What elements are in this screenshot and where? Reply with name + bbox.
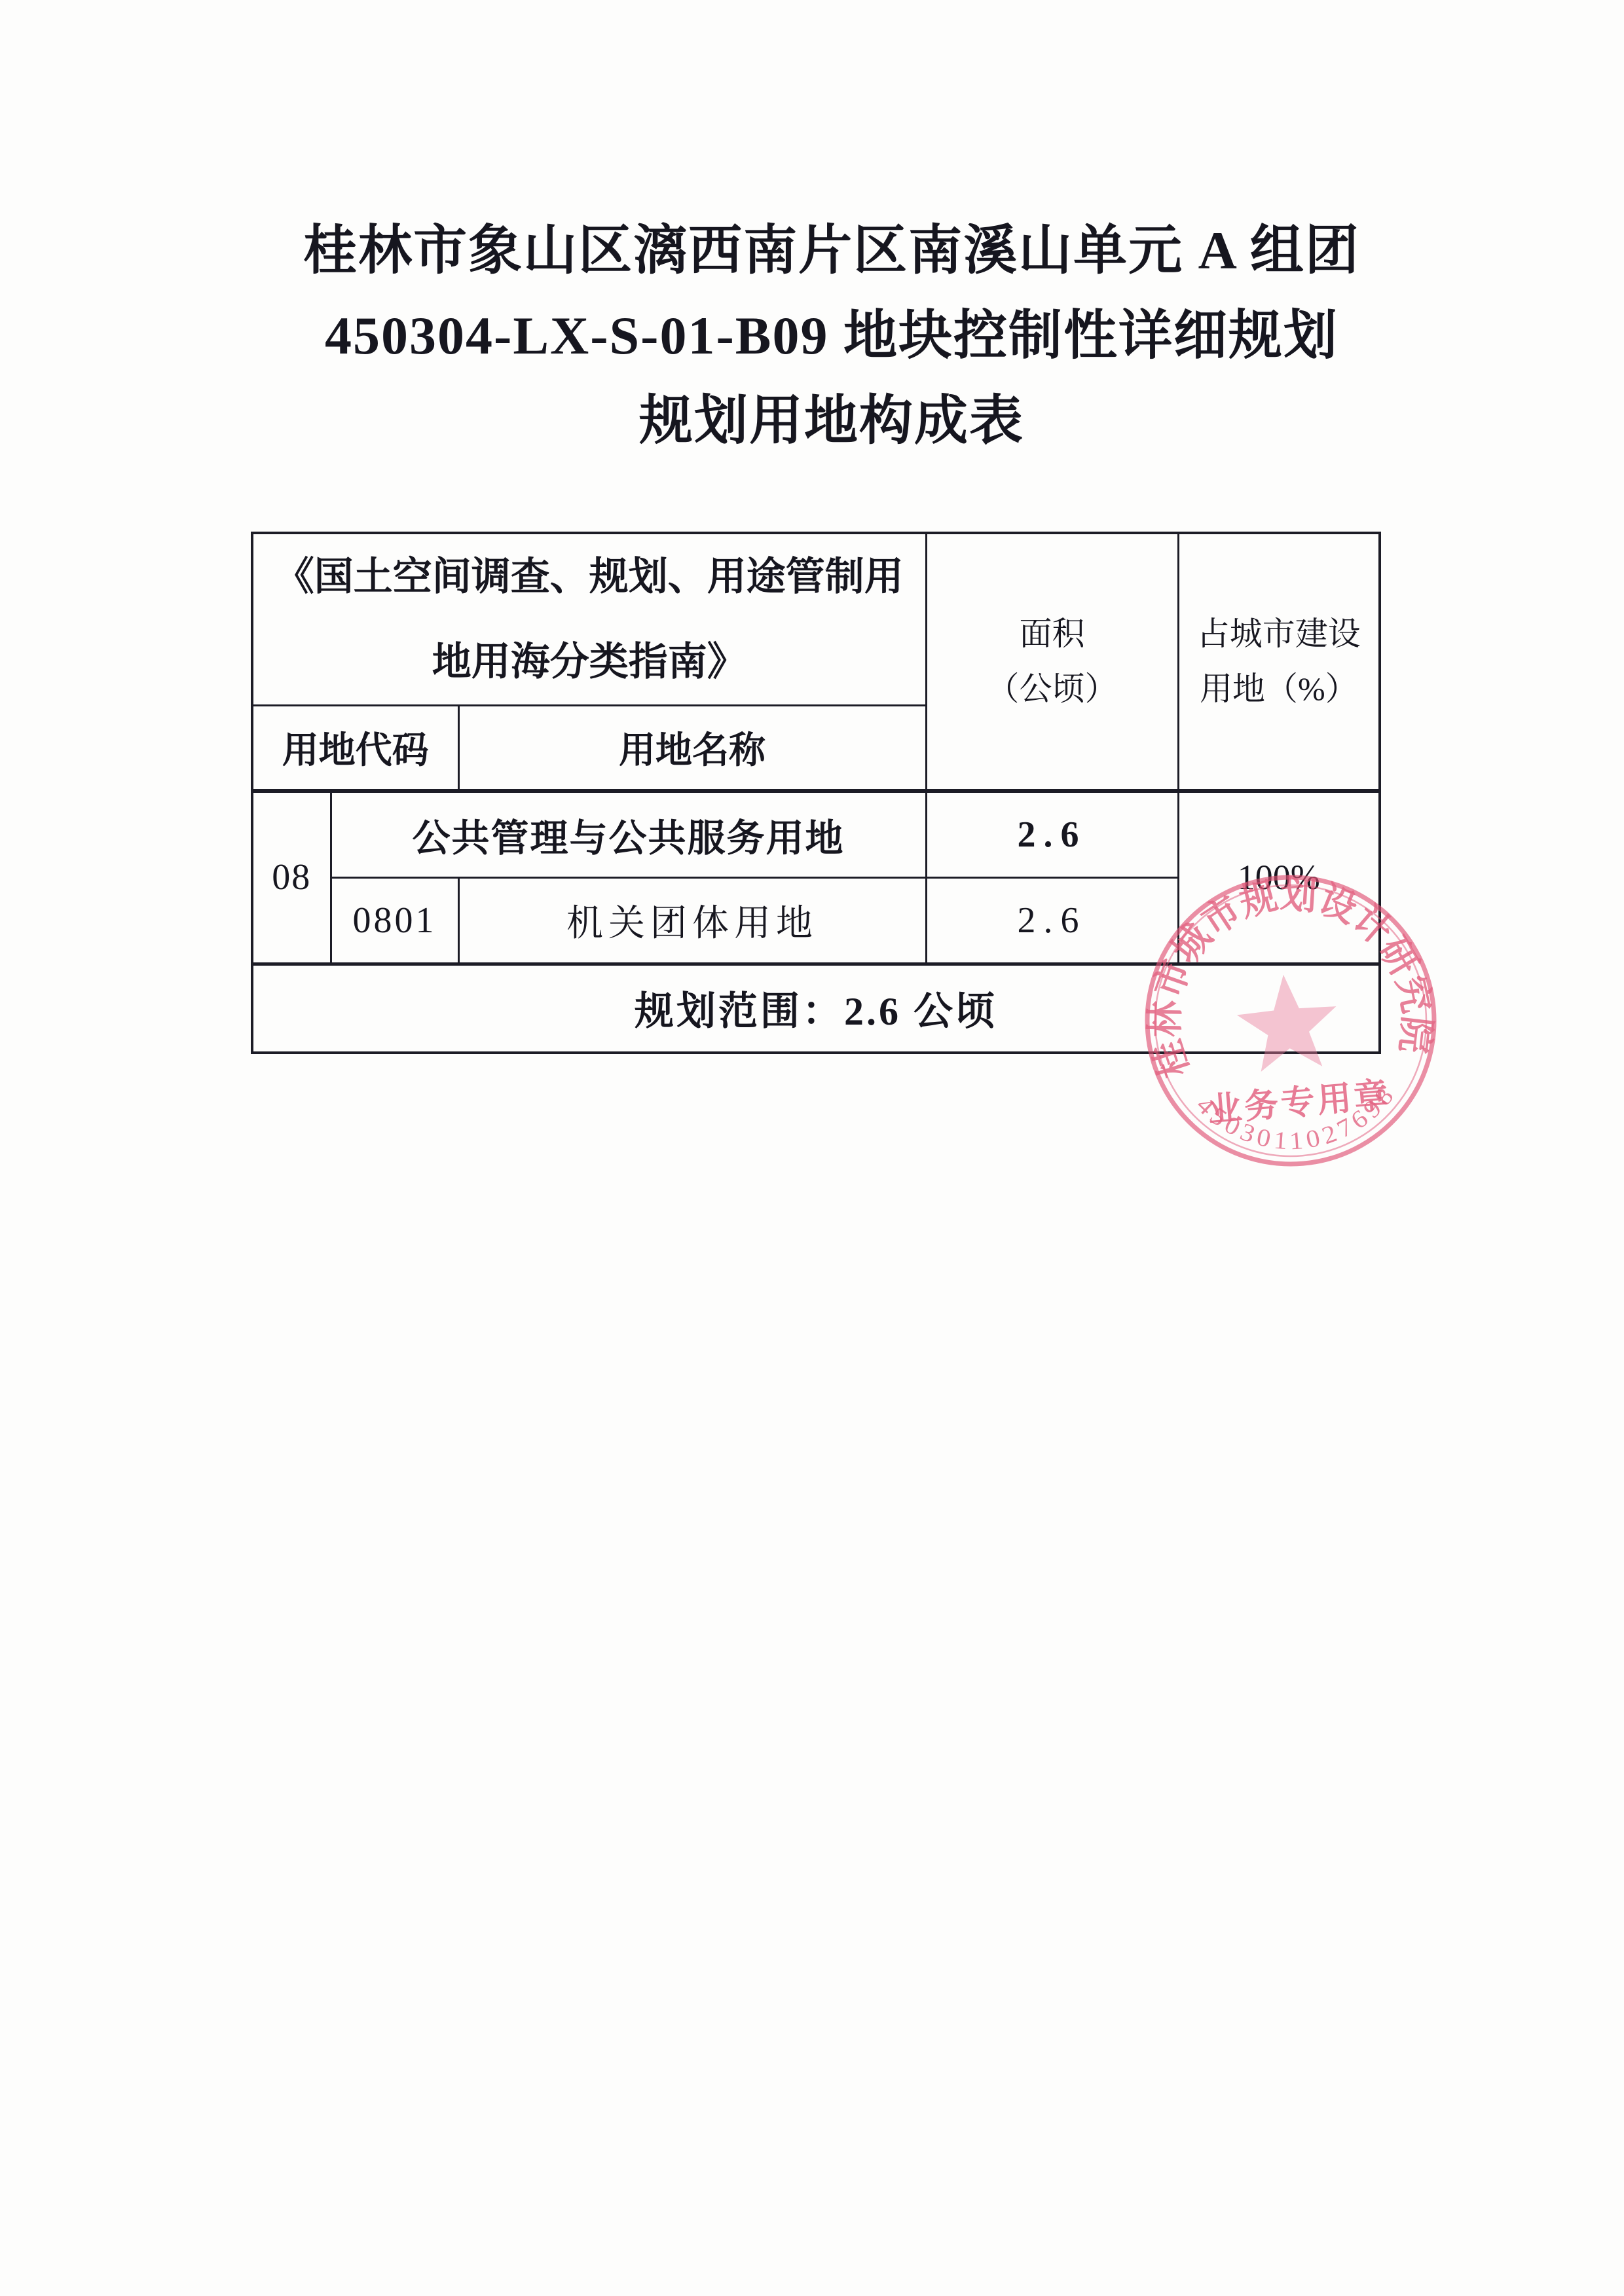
document-title-line-1: 桂林市象山区漓西南片区南溪山单元 A 组团	[39, 208, 1624, 293]
sub-name-cell: 机关团体用地	[458, 878, 926, 964]
guide-standard-header-cell: 《国土空间调查、规划、用途管制用 地用海分类指南》	[252, 533, 926, 706]
sub-area-cell: 2.6	[926, 878, 1178, 964]
name-header-cell: 用地名称	[458, 706, 926, 791]
table-row-category: 08 公共管理与公共服务用地 2.6 100%	[252, 791, 1380, 878]
sub-code-cell: 0801	[331, 878, 458, 964]
document-title-line-3: 规划用地构成表	[39, 378, 1624, 464]
seal-star-icon	[1234, 970, 1341, 1073]
document-title-line-2: 450304-LX-S-01-B09 地块控制性详细规划	[39, 293, 1624, 378]
group-code-cell: 08	[252, 791, 331, 964]
category-area-cell: 2.6	[926, 791, 1178, 878]
city-pct-header-cell: 占城市建设 用地（%）	[1178, 533, 1380, 791]
area-header-cell: 面积 （公顷）	[926, 533, 1178, 791]
document-title: 桂林市象山区漓西南片区南溪山单元 A 组团 450304-LX-S-01-B09…	[0, 208, 1624, 464]
seal-ring-text: 桂林市城市规划设计研究院	[1145, 875, 1437, 1084]
scanned-document-page: { "document": { "title_lines": [ "桂林市象山区…	[0, 0, 1624, 2296]
official-seal-stamp: 桂林市城市规划设计研究院 4503011027698 业务专用章	[1145, 875, 1437, 1167]
category-name-cell: 公共管理与公共服务用地	[331, 791, 926, 878]
code-header-cell: 用地代码	[252, 706, 458, 791]
table-header-row-1: 《国土空间调查、规划、用途管制用 地用海分类指南》 面积 （公顷） 占城市建设 …	[252, 533, 1380, 706]
